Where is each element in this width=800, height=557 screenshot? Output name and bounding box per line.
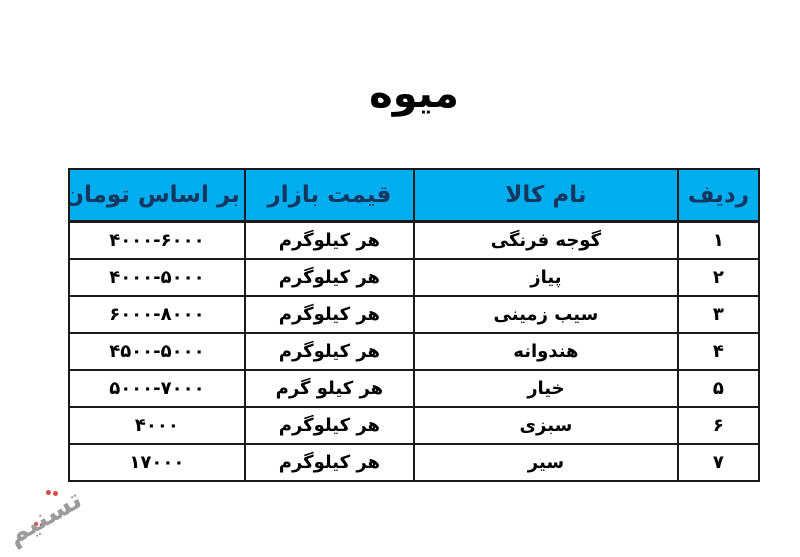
cell-name: سبزی xyxy=(414,407,678,444)
cell-price: ۴۰۰۰ xyxy=(69,407,245,444)
cell-unit: هر کیلوگرم xyxy=(245,333,414,370)
watermark-red-dots-icon xyxy=(34,522,38,526)
watermark-red-dots-icon xyxy=(46,490,51,495)
cell-unit: هر کیلوگرم xyxy=(245,222,414,260)
cell-name: گوجه فرنگی xyxy=(414,222,678,260)
cell-radif: ۵ xyxy=(678,370,759,407)
table-row: ۲پیازهر کیلوگرم۴۰۰۰-۵۰۰۰ xyxy=(69,259,759,296)
tasnim-logo-watermark: تسنیم xyxy=(4,482,94,554)
cell-name: پیاز xyxy=(414,259,678,296)
column-header-price: بر اساس تومان xyxy=(69,169,245,222)
cell-unit: هر کیلوگرم xyxy=(245,444,414,481)
cell-price: ۴۰۰۰-۵۰۰۰ xyxy=(69,259,245,296)
cell-name: سیب زمینی xyxy=(414,296,678,333)
cell-name: هندوانه xyxy=(414,333,678,370)
cell-unit: هر کیلوگرم xyxy=(245,296,414,333)
cell-unit: هر کیلو گرم xyxy=(245,370,414,407)
watermark-calligraphy: تسنیم xyxy=(2,484,88,551)
cell-price: ۴۵۰۰-۵۰۰۰ xyxy=(69,333,245,370)
cell-unit: هر کیلوگرم xyxy=(245,407,414,444)
table-row: ۱گوجه فرنگیهر کیلوگرم۴۰۰۰-۶۰۰۰ xyxy=(69,222,759,260)
cell-radif: ۱ xyxy=(678,222,759,260)
page: میوه ردیفنام کالاقیمت بازاربر اساس تومان… xyxy=(0,0,800,557)
cell-radif: ۴ xyxy=(678,333,759,370)
cell-unit: هر کیلوگرم xyxy=(245,259,414,296)
table-row: ۷سیرهر کیلوگرم۱۷۰۰۰ xyxy=(69,444,759,481)
cell-price: ۵۰۰۰-۷۰۰۰ xyxy=(69,370,245,407)
cell-radif: ۲ xyxy=(678,259,759,296)
cell-name: سیر xyxy=(414,444,678,481)
cell-name: خیار xyxy=(414,370,678,407)
column-header-radif: ردیف xyxy=(678,169,759,222)
column-header-unit: قیمت بازار xyxy=(245,169,414,222)
table-header-row: ردیفنام کالاقیمت بازاربر اساس تومان xyxy=(69,169,759,222)
table-row: ۴هندوانههر کیلوگرم۴۵۰۰-۵۰۰۰ xyxy=(69,333,759,370)
column-header-name: نام کالا xyxy=(414,169,678,222)
cell-price: ۱۷۰۰۰ xyxy=(69,444,245,481)
cell-radif: ۷ xyxy=(678,444,759,481)
cell-radif: ۶ xyxy=(678,407,759,444)
table-body: ۱گوجه فرنگیهر کیلوگرم۴۰۰۰-۶۰۰۰۲پیازهر کی… xyxy=(69,222,759,482)
table-row: ۶سبزیهر کیلوگرم۴۰۰۰ xyxy=(69,407,759,444)
cell-radif: ۳ xyxy=(678,296,759,333)
table-row: ۳سیب زمینیهر کیلوگرم۶۰۰۰-۸۰۰۰ xyxy=(69,296,759,333)
page-title: میوه xyxy=(68,70,760,118)
cell-price: ۶۰۰۰-۸۰۰۰ xyxy=(69,296,245,333)
table-row: ۵خیارهر کیلو گرم۵۰۰۰-۷۰۰۰ xyxy=(69,370,759,407)
table-header: ردیفنام کالاقیمت بازاربر اساس تومان xyxy=(69,169,759,222)
price-table: ردیفنام کالاقیمت بازاربر اساس تومان ۱گوج… xyxy=(68,168,760,482)
cell-price: ۴۰۰۰-۶۰۰۰ xyxy=(69,222,245,260)
